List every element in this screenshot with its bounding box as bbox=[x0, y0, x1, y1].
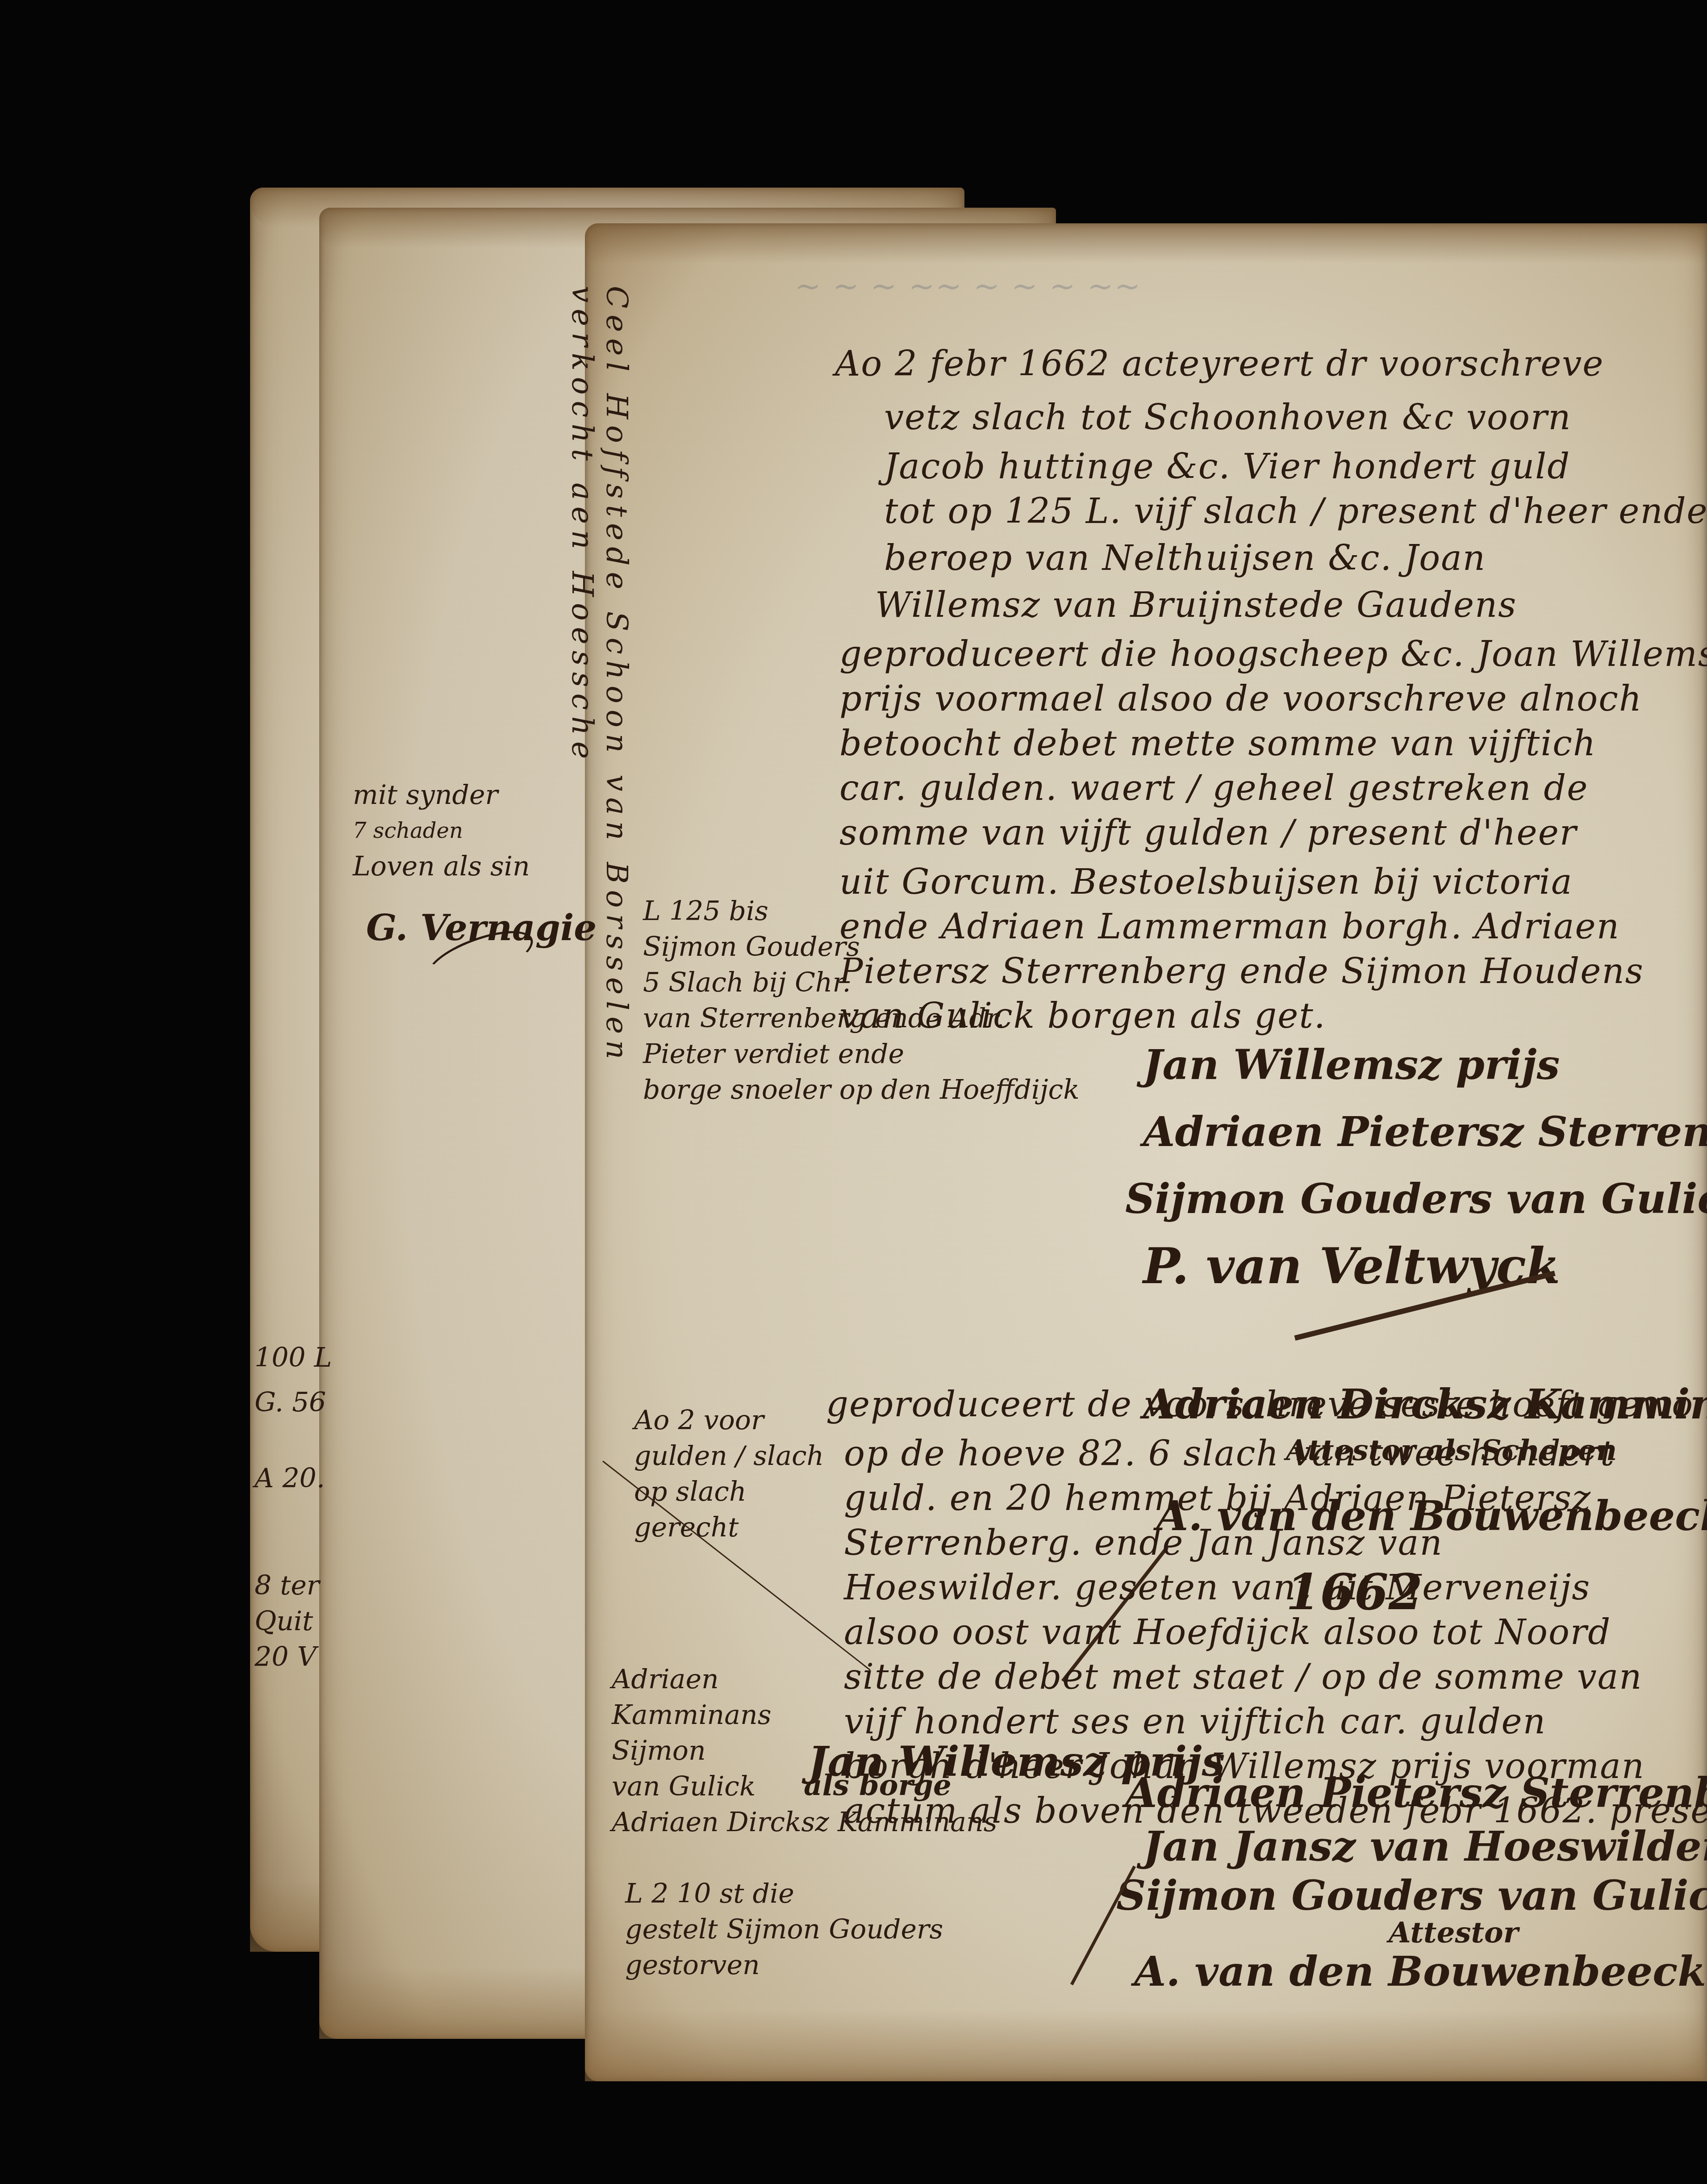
text-line: tot op 125 L. vijf slach / present d'hee… bbox=[884, 491, 1707, 531]
signature: Sijmon Gouders van Gulick bbox=[1125, 1175, 1707, 1223]
front-margin-note-upper: L 125 bis Sijmon Gouders 5 Slach bij Chr… bbox=[643, 893, 1080, 1108]
bleed-through-text: ~ ~ ~ ~~ ~ ~ ~ ~~ bbox=[795, 268, 1141, 305]
burnt-edge bbox=[585, 223, 1707, 264]
signature: Adriaen Pietersz Sterrenberg bbox=[1125, 1769, 1707, 1817]
text-line: alsoo oost vant Hoefdijck alsoo tot Noor… bbox=[844, 1612, 1611, 1653]
text-line: car. gulden. waert / geheel gestreken de bbox=[839, 768, 1588, 808]
text-line: somme van vijft gulden / present d'heer bbox=[839, 813, 1577, 853]
front-margin-note-middle: Ao 2 voor gulden / slach op slach gerech… bbox=[634, 1402, 824, 1545]
signature: Jan Jansz van Hoeswilder bbox=[1143, 1822, 1707, 1870]
burnt-edge bbox=[585, 2010, 1707, 2081]
text-line: Hoeswilder. geseten vant uit Merveneijs bbox=[844, 1568, 1590, 1608]
text-line: Sterrenberg. ende Jan Jansz van bbox=[844, 1523, 1443, 1563]
middle-leaf-margin-notes: mit synder 7 schaden Loven als sin bbox=[353, 777, 530, 884]
text-line: Jacob huttinge &c. Vier hondert guld bbox=[884, 447, 1570, 487]
text-line: geproduceert die hoogscheep &c. Joan Wil… bbox=[839, 634, 1707, 674]
signature: Jan Willemsz prijs bbox=[1143, 1041, 1560, 1089]
text-line: op de hoeve 82. 6 slach van twee hondert bbox=[844, 1434, 1615, 1474]
text-line: vetz slach tot Schoonhoven &c voorn bbox=[884, 397, 1571, 438]
text-line: prijs voormael alsoo de voorschreve alno… bbox=[839, 679, 1642, 719]
signature: A. van den Bouwenbeeck Secretaris bbox=[1134, 1947, 1707, 1996]
text-line: geproduceert de voorschreve seste hoeft … bbox=[826, 1385, 1707, 1425]
text-line: beroep van Nelthuijsen &c. Joan bbox=[884, 538, 1486, 578]
text-line: betoocht debet mette somme van vijftich bbox=[839, 724, 1596, 764]
signature: Sijmon Gouders van Gulick bbox=[1116, 1871, 1707, 1920]
signature: Attestor bbox=[1389, 1916, 1518, 1950]
signature: Adriaen Pietersz Sterrenberg bbox=[1143, 1108, 1707, 1156]
text-line: Willemsz van Bruijnstede Gaudens bbox=[875, 585, 1517, 625]
vertical-spine-text: Ceel Hoffstede Schoon van Borsselen verk… bbox=[594, 286, 634, 1134]
signature: als borge bbox=[804, 1769, 952, 1802]
text-line: Ao 2 febr 1662 acteyreert dr voorschreve bbox=[835, 344, 1604, 384]
text-line: guld. en 20 hemmet bij Adriaen Pietersz bbox=[844, 1478, 1591, 1519]
front-margin-note-bottom: L 2 10 st die gestelt Sijmon Gouders ges… bbox=[625, 1876, 943, 1983]
back-leaf-margin-notes: 100 L G. 56 A 20. 8 ter Quit 20 V bbox=[255, 1340, 332, 1675]
